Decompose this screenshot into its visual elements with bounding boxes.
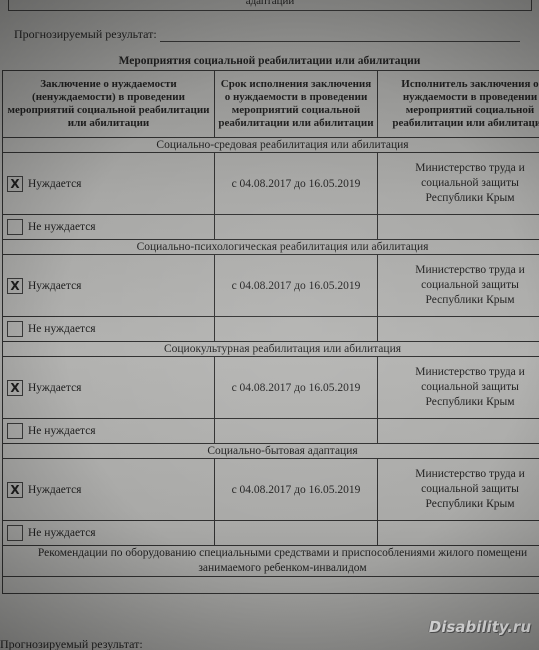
checkbox-needs[interactable]: X [7, 482, 23, 498]
no-need-period-cell [215, 521, 378, 546]
no-need-cell: Не нуждается [3, 215, 215, 240]
table-row-needs: XНуждается с 04.08.2017 до 16.05.2019 Ми… [3, 255, 539, 317]
period-cell: с 04.08.2017 до 16.05.2019 [215, 153, 378, 215]
need-cell: XНуждается [3, 459, 215, 521]
previous-section-text: адаптации [246, 0, 295, 7]
category-row: Социально-средовая реабилитация или абил… [3, 138, 539, 153]
checkbox-no-need[interactable] [7, 219, 23, 235]
category-title: Социально-бытовая адаптация [3, 444, 539, 459]
need-cell: XНуждается [3, 357, 215, 419]
no-need-label: Не нуждается [28, 425, 96, 437]
need-cell: XНуждается [3, 153, 215, 215]
no-need-cell: Не нуждается [3, 419, 215, 444]
category-row: Социально-бытовая адаптация [3, 444, 539, 459]
forecast-label: Прогнозируемый результат: [14, 27, 157, 41]
no-need-period-cell [215, 215, 378, 240]
needs-label: Нуждается [28, 382, 81, 394]
header-period: Срок исполнения заключения о нуждаемости… [215, 71, 378, 138]
checkbox-needs[interactable]: X [7, 176, 23, 192]
period-cell: с 04.08.2017 до 16.05.2019 [215, 255, 378, 317]
no-need-cell: Не нуждается [3, 521, 215, 546]
category-row: Социокультурная реабилитация или абилита… [3, 342, 539, 357]
executor-cell: Министерство труда исоциальной защитыРес… [378, 357, 539, 419]
period-cell: с 04.08.2017 до 16.05.2019 [215, 459, 378, 521]
checkbox-needs[interactable]: X [7, 380, 23, 396]
category-title: Социально-психологическая реабилитация и… [3, 240, 539, 255]
no-need-period-cell [215, 419, 378, 444]
no-need-executor-cell [378, 419, 539, 444]
no-need-executor-cell [378, 521, 539, 546]
executor-cell: Министерство труда исоциальной защитыРес… [378, 153, 539, 215]
need-cell: XНуждается [3, 255, 215, 317]
watermark-logo: Disability.ru [429, 618, 531, 636]
rehabilitation-table: Заключение о нуждаемости (ненуждаемости)… [2, 70, 539, 594]
forecast-input-line[interactable] [160, 41, 520, 42]
table-header-row: Заключение о нуждаемости (ненуждаемости)… [3, 71, 539, 138]
forecast-field-bottom: Прогнозируемый результат: [0, 637, 143, 650]
checkbox-no-need[interactable] [7, 423, 23, 439]
needs-label: Нуждается [28, 280, 81, 292]
table-row-needs: XНуждается с 04.08.2017 до 16.05.2019 Ми… [3, 357, 539, 419]
recommendations-row: Рекомендации по оборудованию специальным… [3, 546, 539, 577]
category-row: Социально-психологическая реабилитация и… [3, 240, 539, 255]
forecast-field-top: Прогнозируемый результат: [14, 27, 520, 42]
recommendations-blank-row [3, 577, 539, 594]
table-row-no-need: Не нуждается [3, 215, 539, 240]
forecast-label-bottom: Прогнозируемый результат: [0, 637, 143, 650]
table-row-no-need: Не нуждается [3, 419, 539, 444]
header-conclusion: Заключение о нуждаемости (ненуждаемости)… [3, 71, 215, 138]
table-row-no-need: Не нуждается [3, 317, 539, 342]
needs-label: Нуждается [28, 484, 81, 496]
checkbox-needs[interactable]: X [7, 278, 23, 294]
table-row-no-need: Не нуждается [3, 521, 539, 546]
no-need-label: Не нуждается [28, 527, 96, 539]
no-need-executor-cell [378, 317, 539, 342]
no-need-executor-cell [378, 215, 539, 240]
needs-label: Нуждается [28, 178, 81, 190]
executor-cell: Министерство труда исоциальной защитыРес… [378, 255, 539, 317]
recommendations-title: Рекомендации по оборудованию специальным… [3, 546, 539, 577]
executor-cell: Министерство труда исоциальной защитыРес… [378, 459, 539, 521]
no-need-period-cell [215, 317, 378, 342]
header-executor: Исполнитель заключения о нуждаемости в п… [378, 71, 539, 138]
no-need-cell: Не нуждается [3, 317, 215, 342]
no-need-label: Не нуждается [28, 323, 96, 335]
checkbox-no-need[interactable] [7, 321, 23, 337]
category-title: Социально-средовая реабилитация или абил… [3, 138, 539, 153]
category-title: Социокультурная реабилитация или абилита… [3, 342, 539, 357]
section-title: Мероприятия социальной реабилитации или … [0, 55, 539, 67]
table-row-needs: XНуждается с 04.08.2017 до 16.05.2019 Ми… [3, 153, 539, 215]
no-need-label: Не нуждается [28, 221, 96, 233]
checkbox-no-need[interactable] [7, 525, 23, 541]
table-row-needs: XНуждается с 04.08.2017 до 16.05.2019 Ми… [3, 459, 539, 521]
previous-section-box: адаптации [8, 0, 532, 11]
period-cell: с 04.08.2017 до 16.05.2019 [215, 357, 378, 419]
recommendations-value[interactable] [3, 577, 539, 594]
